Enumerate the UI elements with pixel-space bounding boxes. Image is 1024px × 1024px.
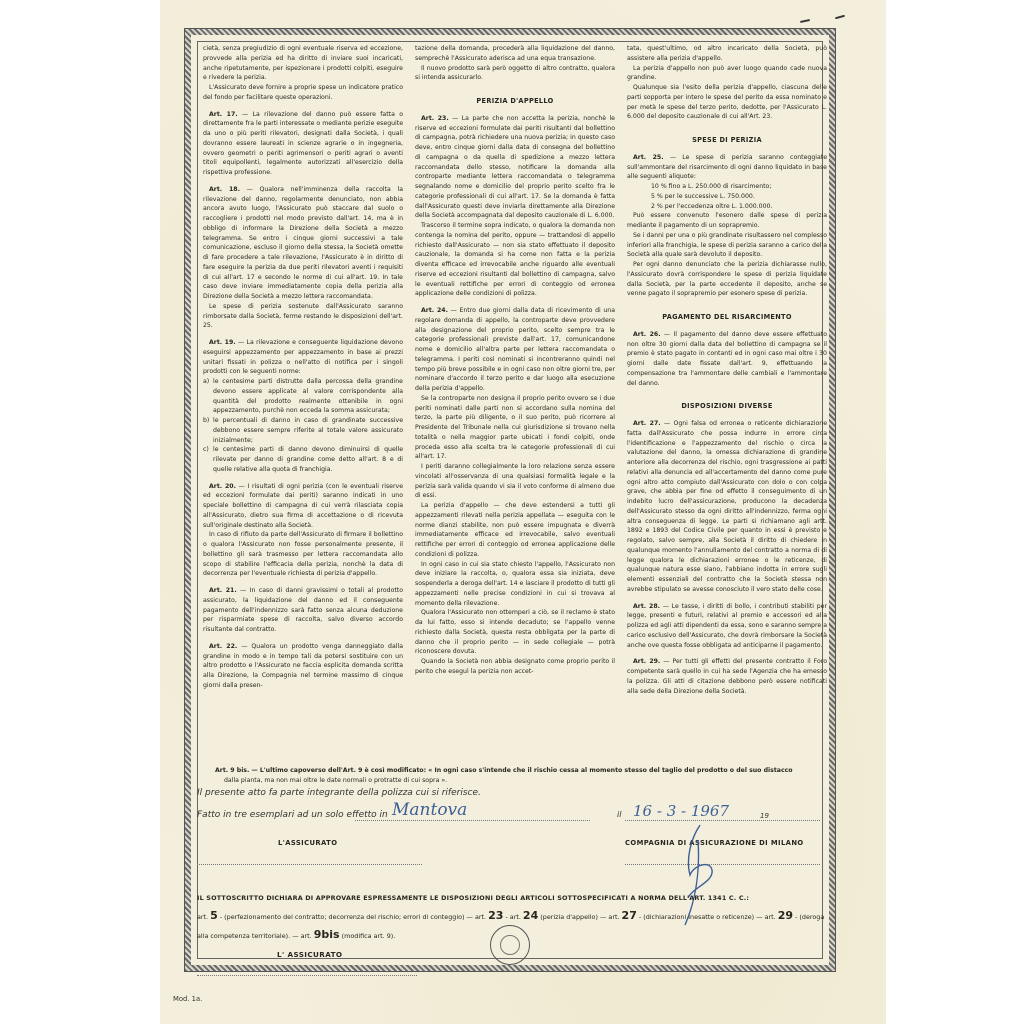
article-number: Art. 23. [421,115,449,122]
made-in-label: Fatto in tre esemplari ad un solo effett… [197,810,388,820]
article-number: Art. 25. [633,154,664,161]
list-key: b) [203,416,213,445]
article-paragraph: Art. 22. — Qualora un prodotto venga dan… [203,642,403,691]
list-text: le centesime parti di danno devono dimin… [213,445,403,474]
paragraph: Se la controparte non designa il proprio… [415,394,615,462]
paragraph: Se i danni per una o più grandinate risu… [627,231,827,260]
article-number: Art. 20. [209,483,236,490]
article-paragraph: Art. 26. — Il pagamento del danno deve e… [627,330,827,389]
article-number: Art. 29. [633,658,660,665]
article-paragraph: Art. 19. — La rilevazione e conseguente … [203,338,403,377]
article-paragraph: Art. 29. — Per tutti gli effetti del pre… [627,657,827,696]
article-number: 5 [210,909,218,922]
overprint-quote: « In ogni caso s'intende che il rischio … [426,767,792,774]
insured-label: L'ASSICURATO [278,839,337,847]
list-text: le centesime parti distrutte dalla perco… [213,377,403,416]
date-handwritten: 16 - 3 - 1967 [633,802,729,820]
approved-article: art. 23 - [475,913,510,921]
column-3: tata, quest'ultimo, od altro incaricato … [627,44,827,784]
article-number: Art. 28. [633,603,660,610]
paragraph: La perizia d'appello — che deve estender… [415,501,615,560]
list-key: a) [203,377,213,416]
overprint-bold: Art. 9 bis. — L'ultimo capoverso dell'Ar… [215,767,426,774]
approved-article: art. 24 (perizia d'appello) — [510,913,609,921]
date-prefix: il [617,810,621,819]
paragraph: Per ogni danno denunciato che la perizia… [627,260,827,299]
article-paragraph: Art. 25. — Le spese di perizia saranno c… [627,153,827,182]
article-paragraph: Art. 21. — In caso di danni gravissimi o… [203,586,403,635]
section-heading: PAGAMENTO DEL RISARCIMENTO [627,313,827,323]
list-item: a)le centesime parti distrutte dalla per… [203,377,403,416]
place-field-line [355,820,590,821]
article-number: Art. 17. [209,111,238,118]
revenue-stamp [490,925,530,965]
paragraph: In ogni caso in cui sia stato chiesto l'… [415,560,615,609]
article-number: Art. 18. [209,186,240,193]
paragraph: Qualunque sia l'esito della perizia d'ap… [627,83,827,122]
article-number: 9bis [314,928,340,941]
article-number: Art. 27. [633,420,661,427]
rate-line: 2 % per l'eccedenza oltre L. 1.000.000. [627,202,827,212]
section-heading: DISPOSIZIONI DIVERSE [627,402,827,412]
list-text: le percentuali di danno in caso di grand… [213,416,403,445]
article-number: Art. 26. [633,331,661,338]
article-number: 27 [622,909,637,922]
date-suffix: 19 [760,812,769,820]
date-field-line [625,820,820,821]
place-handwritten: Mantova [392,800,467,820]
paragraph: Il nuovo prodotto sarà però oggetto di a… [415,64,615,84]
article-number: 24 [523,909,538,922]
list-key: c) [203,445,213,474]
rate-line: 10 % fino a L. 250.000 di risarcimento; [627,182,827,192]
article-paragraph: Art. 27. — Ogni falsa od erronea o retic… [627,419,827,595]
section-heading: SPESE DI PERIZIA [627,136,827,146]
company-signature-line [625,864,820,865]
insured-signature-line [197,864,422,865]
article-number: Art. 19. [209,339,236,346]
paragraph: In caso di rifiuto da parte dell'Assicur… [203,530,403,579]
list-item: c)le centesime parti di danno devono dim… [203,445,403,474]
article-paragraph: Art. 18. — Qualora nell'imminenza della … [203,185,403,302]
approval-insured-label: L' ASSICURATO [277,950,342,959]
paragraph: tazione della domanda, procederà alla li… [415,44,615,64]
integral-part-text: Il presente atto fa parte integrante del… [197,788,481,798]
approved-article: art. 5 - (perfezionamento del contratto;… [197,913,475,921]
paragraph: Quando la Società non abbia designato co… [415,657,615,677]
approval-signature-line [197,975,417,976]
paragraph: La perizia d'appello non può aver luogo … [627,64,827,84]
article-paragraph: Art. 28. — Le tasse, i diritti di bollo,… [627,602,827,651]
article-paragraph: Art. 23. — La parte che non accetta la p… [415,114,615,221]
paragraph: cietà, senza pregiudizio di ogni eventua… [203,44,403,83]
paragraph: tata, quest'ultimo, od altro incaricato … [627,44,827,64]
form-code: Mod. 1a. [173,995,202,1003]
paragraph: L'Assicurato deve fornire a proprie spes… [203,83,403,103]
paragraph: Qualora l'Assicurato non ottemperi a ciò… [415,608,615,657]
conditions-columns: cietà, senza pregiudizio di ogni eventua… [203,44,828,784]
article-number: Art. 21. [209,587,237,594]
article-paragraph: Art. 24. — Entro due giorni dalla data d… [415,306,615,394]
article-number: Art. 24. [421,307,448,314]
paragraph: Le spese di perizia sostenute dall'Assic… [203,302,403,331]
paragraph: I periti daranno collegialmente la loro … [415,462,615,501]
column-2: tazione della domanda, procederà alla li… [415,44,615,784]
article-number: 29 [778,909,793,922]
article-paragraph: Art. 17. — La rilevazione del danno può … [203,110,403,178]
paragraph: Trascorso il termine sopra indicato, o q… [415,221,615,299]
approval-header: IL SOTTOSCRITTO DICHIARA DI APPROVARE ES… [197,890,827,907]
approved-article: art. 27 - (dichiarazioni inesatte o reti… [608,913,764,921]
column-1: cietà, senza pregiudizio di ogni eventua… [203,44,403,784]
article-number: Art. 22. [209,643,237,650]
article-paragraph: Art. 20. — I risultati di ogni perizia (… [203,482,403,531]
rate-line: 5 % per le successive L. 750.000. [627,192,827,202]
article-number: 23 [488,909,503,922]
section-heading: PERIZIA D'APPELLO [415,97,615,107]
paragraph: Può essere convenuto l'esonero dalle spe… [627,211,827,231]
art-9bis-overprint: Art. 9 bis. — L'ultimo capoverso dell'Ar… [215,766,825,785]
overprint-line2: dalla pianta, ma non mai oltre le date n… [215,776,825,786]
approved-article: art. 9bis (modifica art. 9). [301,932,396,940]
list-item: b)le percentuali di danno in caso di gra… [203,416,403,445]
